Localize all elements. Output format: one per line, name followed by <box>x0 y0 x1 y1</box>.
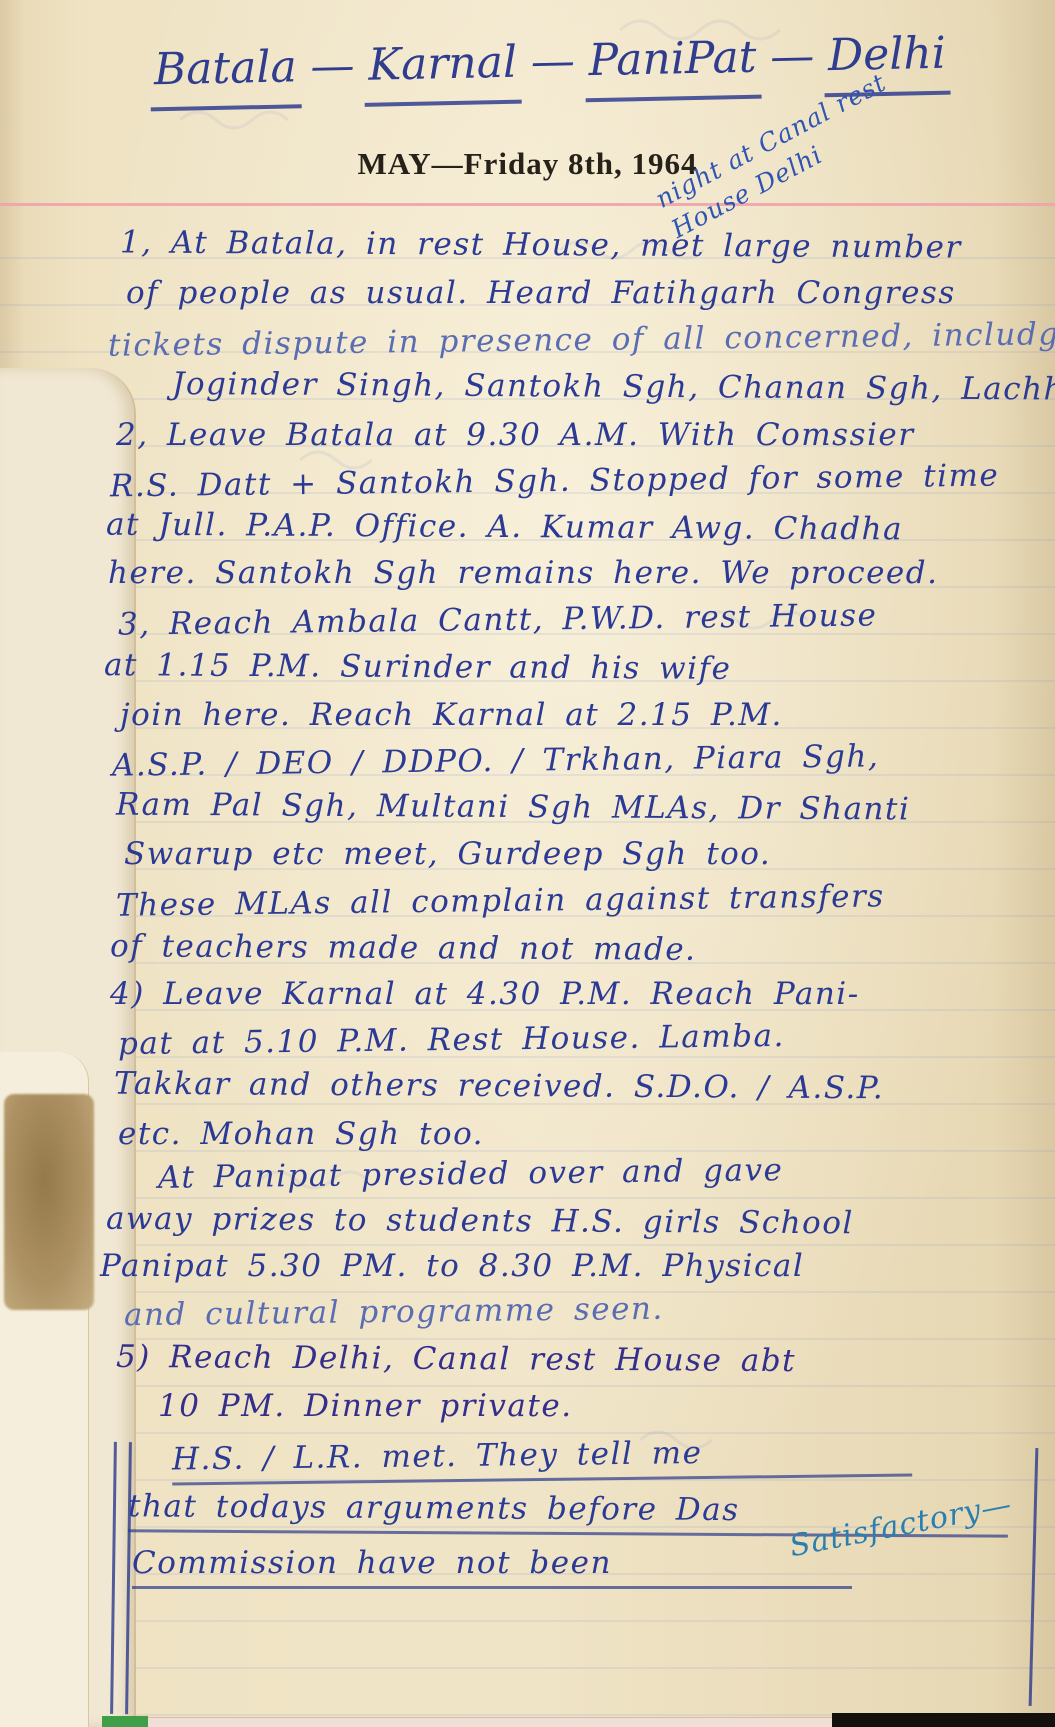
printed-date: MAY—Friday 8th, 1964 <box>0 146 1055 182</box>
route-city: Karnal <box>364 37 522 107</box>
bottom-scan-shadow <box>832 1713 1055 1727</box>
pink-margin-rule <box>0 203 1055 206</box>
entry-line: Ram Pal Sgh, Multani Sgh MLAs, Dr Shanti <box>116 790 911 826</box>
route-dash: — <box>768 30 817 82</box>
entry-line: Panipat 5.30 PM. to 8.30 P.M. Physical <box>100 1251 804 1282</box>
entry-line: Swarup etc meet, Gurdeep Sgh too. <box>124 839 771 870</box>
entry-line-emphasized: Commission have not been <box>132 1548 852 1589</box>
underlined-text: Commission have not been <box>132 1548 852 1589</box>
entry-line: etc. Mohan Sgh too. <box>118 1119 484 1150</box>
entry-line: 1, At Batala, in rest House, met large n… <box>120 227 962 263</box>
entry-line: of people as usual. Heard Fatihgarh Cong… <box>126 278 956 309</box>
entry-line: join here. Reach Karnal at 2.15 P.M. <box>120 700 783 731</box>
entry-line: Joginder Singh, Santokh Sgh, Chanan Sgh,… <box>172 369 1055 406</box>
bottom-green-sliver <box>102 1716 148 1727</box>
entry-line: 5) Reach Delhi, Canal rest House abt <box>116 1342 796 1377</box>
entry-line: These MLAs all complain against transfer… <box>116 881 885 921</box>
route-city: PaniPat <box>584 32 761 103</box>
route-dash: — <box>528 35 577 87</box>
entry-line: Takkar and others received. S.D.O. / A.S… <box>114 1069 884 1105</box>
entry-line: here. Santokh Sgh remains here. We proce… <box>108 558 938 589</box>
entry-line: 10 PM. Dinner private. <box>158 1391 573 1422</box>
entry-line: At Panipat presided over and gave <box>158 1155 784 1194</box>
entry-line: away prizes to students H.S. girls Schoo… <box>106 1204 854 1240</box>
entry-line: 4) Leave Karnal at 4.30 P.M. Reach Pani- <box>110 979 860 1010</box>
entry-line: and cultural programme seen. <box>124 1294 664 1332</box>
bottom-page-edge <box>148 1717 838 1727</box>
entry-line: 2, Leave Batala at 9.30 A.M. With Comssi… <box>116 420 915 451</box>
entry-line: at Jull. P.A.P. Office. A. Kumar Awg. Ch… <box>106 510 903 546</box>
diary-page: Batala — Karnal — PaniPat — Delhi MAY—Fr… <box>0 0 1055 1727</box>
margin-emphasis-marks <box>110 1442 132 1714</box>
entry-line: pat at 5.10 P.M. Rest House. Lamba. <box>118 1021 785 1060</box>
entry-line: 3, Reach Ambala Cantt, P.W.D. rest House <box>118 600 878 640</box>
paper-stain <box>4 1094 94 1310</box>
entry-line: of teachers made and not made. <box>110 931 697 966</box>
route-city: Batala <box>149 41 301 111</box>
route-dash: — <box>308 40 357 92</box>
entry-line: A.S.P. / DEO / DDPO. / Trkhan, Piara Sgh… <box>112 741 880 781</box>
entry-line: at 1.15 P.M. Surinder and his wife <box>104 650 732 685</box>
